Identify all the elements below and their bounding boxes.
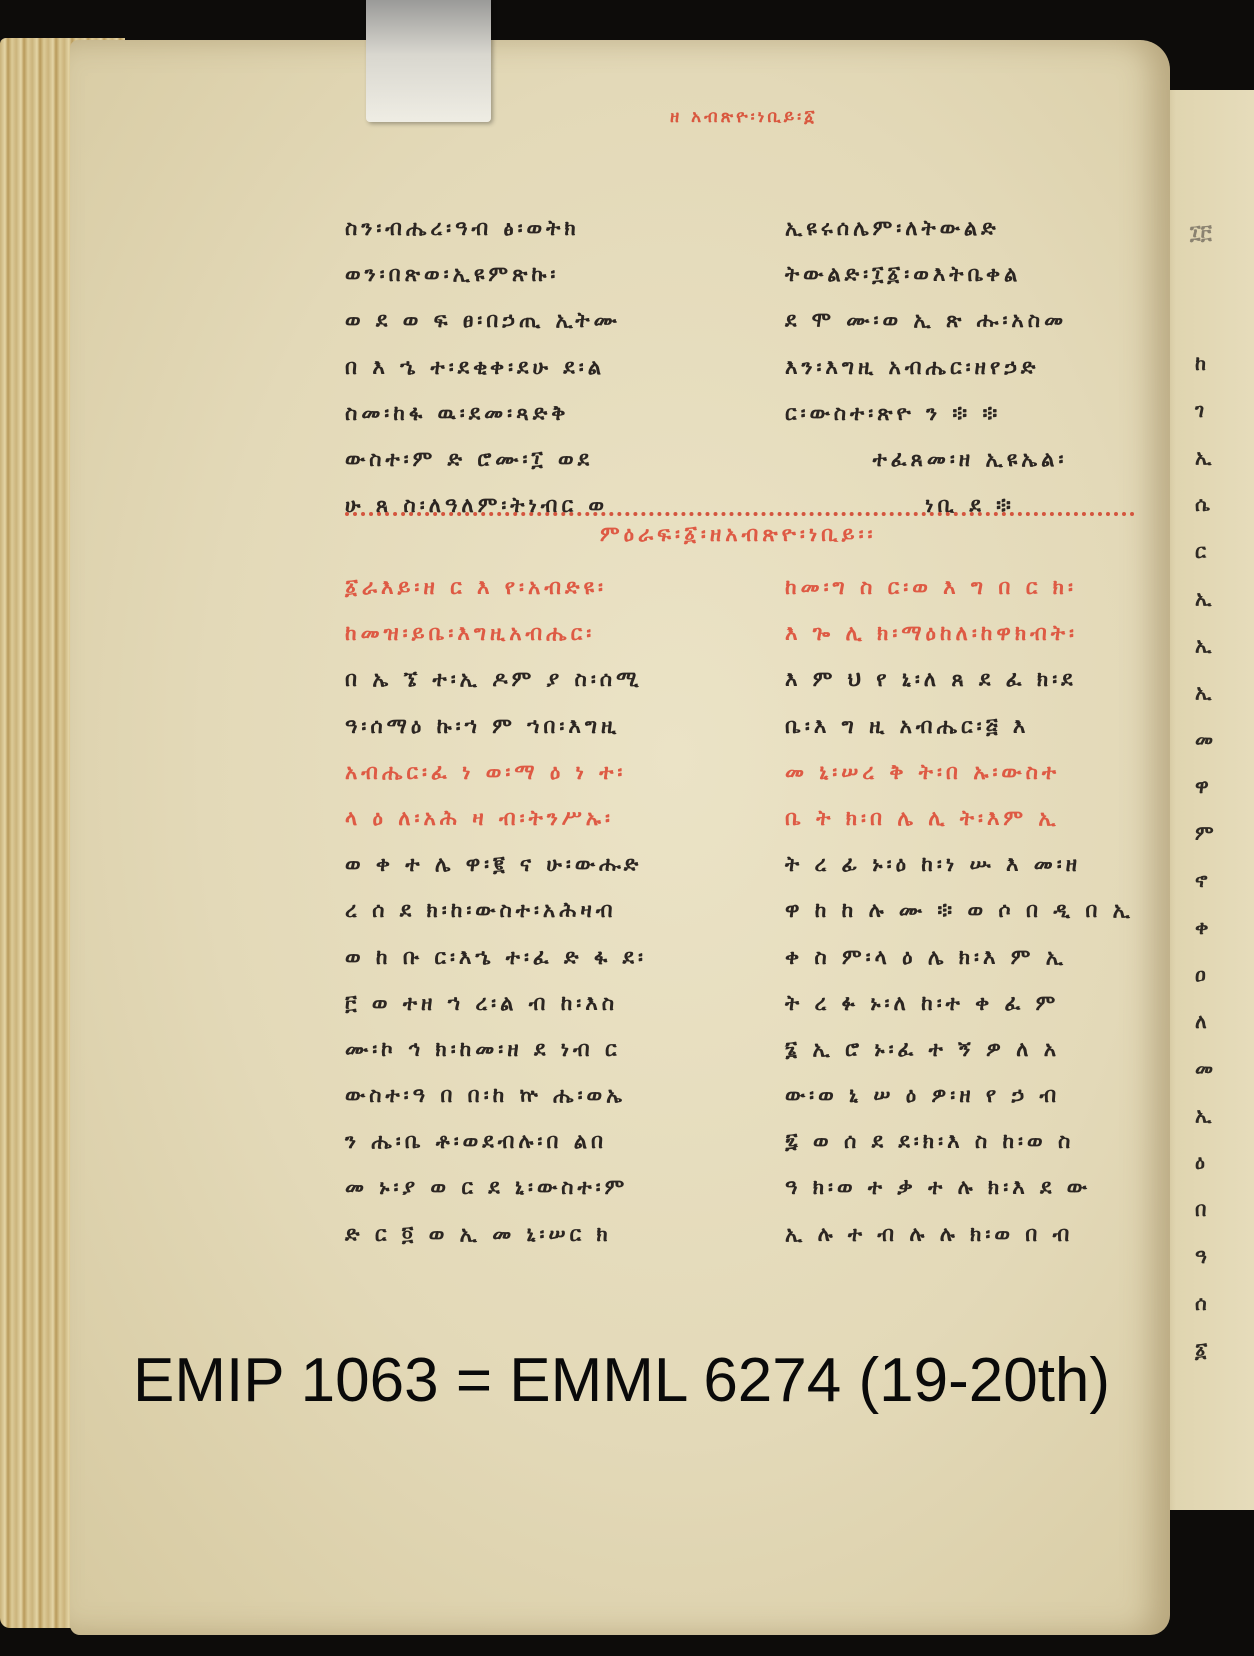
text-line: ተፈጸመ፡ዘ ኢዩኤል፡ [785, 436, 1155, 482]
text-line: ዓ ክ፡ወ ተ ቃ ተ ሉ ክ፡እ ደ ው [785, 1164, 1155, 1210]
text-line: በ ኤ ኜ ተ፡ኢ ዶም ያ ስ፡ሰሚ [345, 656, 745, 702]
section-heading: ምዕራፍ፡፩፡ዘአብጽዮ፡ነቢይ፡፡ [600, 522, 877, 547]
text-line: ፩ራእይ፡ዘ ር እ የ፡አብድዩ፡ [345, 564, 745, 610]
text-line: ፮ ኢ ሮ ኑ፡ፈ ተ ኝ ዎ ለ አ [785, 1026, 1155, 1072]
text-line: ኢ ሉ ተ ብ ሉ ሉ ክ፡ወ በ ብ [785, 1211, 1155, 1257]
text-line: ው፡ወ ኒ ሠ ዕ ዎ፡ዘ የ ኃ ብ [785, 1072, 1155, 1118]
text-line: ደ ሞ ሙ፡ወ ኢ ጽ ሑ፡አስመ [785, 297, 1155, 343]
text-line: ኢዩሩሰሌም፡ለትውልድ [785, 205, 1155, 251]
text-line: ር፡ውስተ፡ጽዮ ን ፨ ፨ [785, 390, 1155, 436]
text-line: ፫ ወ ተዘ ኀ ረ፡ል ብ ከ፡እስ [345, 980, 745, 1026]
text-line: ትውልድ፡፲፩፡ወእትቤቀል [785, 251, 1155, 297]
text-line: እ ጐ ሊ ክ፡ማዕከለ፡ከዋክብት፡ [785, 610, 1155, 656]
text-line: ከመዝ፡ይቤ፡እግዚአብሔር፡ [345, 610, 745, 656]
text-line: እ ም ህ የ ኒ፡ለ ጸ ደ ፈ ክ፡ደ [785, 656, 1155, 702]
text-line: ቤ፡እ ግ ዚ አብሔር፡፭ እ [785, 703, 1155, 749]
text-line: ወ ከ ቡ ር፡እኄ ተ፡ፈ ድ ፋ ደ፡ [345, 934, 745, 980]
text-line: መ ኒ፡ሠረ ቅ ት፡በ ኡ፡ውስተ [785, 749, 1155, 795]
text-line: መ ኑ፡ያ ወ ር ደ ኒ፡ውስተ፡ም [345, 1164, 745, 1210]
text-line: ሙ፡ኮ ኅ ክ፡ከመ፡ዘ ደ ነብ ር [345, 1026, 745, 1072]
text-line: ላ ዕ ለ፡አሕ ዛ ብ፡ትንሥኡ፡ [345, 795, 745, 841]
text-line: ድ ር ፬ ወ ኢ መ ኒ፡ሠር ክ [345, 1211, 745, 1257]
right-column-bottom: ከመ፡ግ ስ ር፡ወ እ ግ በ ር ክ፡እ ጐ ሊ ክ፡ማዕከለ፡ከዋክብት፡… [785, 564, 1155, 1257]
text-line: ት ረ ፊ ኑ፡ዕ ከ፡ነ ሡ እ መ፡ዘ [785, 841, 1155, 887]
text-line: በ እ ኄ ተ፡ደቂቀ፡ደሁ ደ፡ል [345, 344, 745, 390]
text-line: ከመ፡ግ ስ ር፡ወ እ ግ በ ር ክ፡ [785, 564, 1155, 610]
right-column-top: ኢዩሩሰሌም፡ለትውልድትውልድ፡፲፩፡ወእትቤቀልደ ሞ ሙ፡ወ ኢ ጽ ሑ፡… [785, 205, 1155, 528]
text-line: እን፡እግዚ አብሔር፡ዘየኃድ [785, 344, 1155, 390]
text-line: ወን፡በጽወ፡ኢዩምጽኩ፡ [345, 251, 745, 297]
text-line: ወ ቀ ተ ሌ ዋ፡፪ ና ሁ፡ውሑድ [345, 841, 745, 887]
text-line: ስን፡ብሔረ፡ዓብ ፅ፡ወትክ [345, 205, 745, 251]
text-line: ቀ ስ ም፡ላ ዕ ሌ ክ፡እ ም ኢ [785, 934, 1155, 980]
left-column-bottom: ፩ራእይ፡ዘ ር እ የ፡አብድዩ፡ከመዝ፡ይቤ፡እግዚአብሔር፡በ ኤ ኜ ተ… [345, 564, 745, 1257]
text-line: ፯ ወ ሰ ደ ደ፡ክ፡እ ስ ከ፡ወ ስ [785, 1118, 1155, 1164]
text-line: ረ ሰ ደ ክ፡ከ፡ውስተ፡አሕዛብ [345, 887, 745, 933]
text-line: አብሔር፡ፈ ነ ወ፡ማ ዕ ነ ተ፡ [345, 749, 745, 795]
left-column-top: ስን፡ብሔረ፡ዓብ ፅ፡ወትክወን፡በጽወ፡ኢዩምጽኩ፡ወ ደ ወ ፍ ፀ፡በኃ… [345, 205, 745, 528]
text-line: ወ ደ ወ ፍ ፀ፡በኃጢ ኢትሙ [345, 297, 745, 343]
text-line: ውስተ፡ዓ በ በ፡ከ ኵ ሔ፡ወኤ [345, 1072, 745, 1118]
dotted-divider [345, 512, 1135, 516]
text-line: ዓ፡ሰማዕ ኩ፡ኀ ም ኀበ፡እግዚ [345, 703, 745, 749]
text-line: ት ረ ፉ ኑ፡ለ ከ፡ተ ቀ ፈ ም [785, 980, 1155, 1026]
text-line: ን ሔ፡ቤ ቶ፡ወደብሉ፡በ ልበ [345, 1118, 745, 1164]
text-line: ዋ ከ ከ ሉ ሙ ፨ ወ ሶ በ ዲ በ ኢ [785, 887, 1155, 933]
running-head: ዘ አብጽዮ፡ነቢይ፡፩ [670, 107, 818, 127]
bookmark-tab [366, 0, 491, 122]
text-line: ስመ፡ከፋ ዉ፡ደመ፡ጻድቅ [345, 390, 745, 436]
catalog-caption: EMIP 1063 = EMML 6274 (19-20th) [133, 1345, 1110, 1416]
text-line: ውስተ፡ም ድ ሮሙ፡፲ ወደ [345, 436, 745, 482]
text-line: ቤ ት ክ፡በ ሌ ሊ ት፡እም ኢ [785, 795, 1155, 841]
